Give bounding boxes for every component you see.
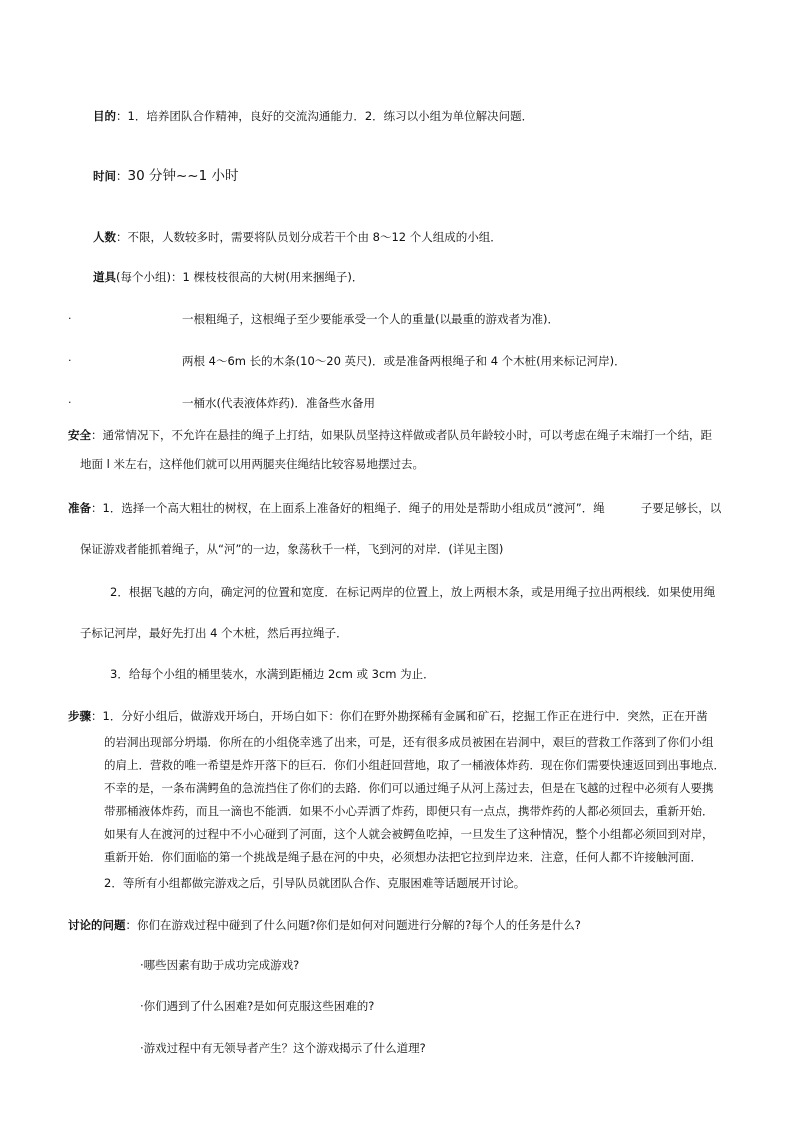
steps-step1-line: 的岩洞出现部分坍塌．你所在的小组侥幸逃了出来，可是，还有很多成员被困在岩洞中，艰…: [104, 734, 714, 750]
discussion-label: 讨论的问题: [68, 918, 126, 932]
people-text: 不限，人数较多时，需要将队员划分成若干个由 8～12 个人组成的小组．: [128, 230, 502, 244]
prep-label: 准备: [68, 501, 91, 515]
prep-step1-text-b: 子要足够长，以: [641, 501, 722, 515]
prep-step2-line1: 2．根据飞越的方向，确定河的位置和宽度．在标记两岸的位置上，放上两根木条，或是用…: [110, 584, 715, 600]
purpose-label: 目的: [93, 109, 116, 123]
people-line: 人数：不限，人数较多时，需要将队员划分成若干个由 8～12 个人组成的小组．: [93, 229, 502, 245]
purpose-line: 目的：1．培养团队合作精神，良好的交流沟通能力．2．练习以小组为单位解决问题．: [93, 108, 533, 124]
steps-label: 步骤: [68, 709, 91, 723]
discussion-line: 讨论的问题：你们在游戏过程中碰到了什么问题?你们是如何对问题进行分解的?每个人的…: [68, 917, 581, 933]
time-label: 时间: [93, 169, 116, 183]
safety-line-1: 安全：通常情况下，不允许在悬挂的绳子上打结，如果队员坚持这样做或者队员年龄较小时…: [68, 427, 712, 443]
bullet-dot: ·: [68, 395, 72, 411]
steps-step2: 2．等所有小组都做完游戏之后，引导队员就团队合作、克服困难等话题展开讨论。: [104, 875, 525, 891]
prep-step2-line2: 子标记河岸，最好先打出 4 个木桩，然后再拉绳子．: [80, 625, 348, 641]
steps-step1-text: 1．分好小组后，做游戏开场白，开场白如下：你们在野外勘探稀有金属和矿石，挖掘工作…: [103, 709, 708, 723]
prep-step1-text-a: 1．选择一个高大粗壮的树杈，在上面系上准备好的粗绳子．绳子的用处是帮助小组成员“…: [103, 501, 605, 515]
steps-step1-line: 重新开始．你们面临的第一个挑战是绳子悬在河的中央，必须想办法把它拉到岸边来．注意…: [104, 849, 702, 865]
purpose-text: 1．培养团队合作精神，良好的交流沟通能力．2．练习以小组为单位解决问题．: [128, 109, 534, 123]
purpose-sep: ：: [116, 109, 128, 123]
prep-sep: ：: [91, 501, 103, 515]
steps-step1-line: 不幸的是，一条布满鳄鱼的急流挡住了你们的去路．你们可以通过绳子从河上荡过去，但是…: [104, 780, 714, 796]
steps-step1-line: 带那桶液体炸药，而且一滴也不能洒．如果不小心弄洒了炸药，即便只有一点点，携带炸药…: [104, 803, 714, 819]
discussion-sep: ：: [126, 918, 138, 932]
discussion-bullet: ·游戏过程中有无领导者产生？这个游戏揭示了什么道理?: [140, 1040, 426, 1056]
steps-step1-line: 的肩上．营救的唯一希望是炸开落下的巨石．你们小组赶回营地，取了一桶液体炸药．现在…: [104, 757, 725, 773]
safety-line-2: 地面 l 米左右，这样他们就可以用两腿夹住绳结比较容易地摆过去。: [80, 456, 424, 472]
props-label: 道具: [93, 270, 116, 284]
props-suffix: (每个小组)：1 棵枝枝很高的大树(用来捆绳子)．: [116, 270, 363, 284]
prep-step1-line1: 准备：1．选择一个高大粗壮的树杈，在上面系上准备好的粗绳子．绳子的用处是帮助小组…: [68, 500, 721, 516]
people-sep: ：: [116, 230, 128, 244]
prep-step1-line2: 保证游戏者能抓着绳子，从“河”的一边，象荡秋千一样，飞到河的对岸．(详见主图): [80, 541, 503, 557]
props-line: 道具(每个小组)：1 棵枝枝很高的大树(用来捆绳子)．: [93, 269, 363, 285]
props-item: 两根 4～6m 长的木条(10～20 英尺)．或是准备两根绳子和 4 个木桩(用…: [182, 353, 626, 369]
safety-text-1: 通常情况下，不允许在悬挂的绳子上打结，如果队员坚持这样做或者队员年龄较小时，可以…: [103, 428, 713, 442]
bullet-dot: ·: [68, 353, 72, 369]
props-item: 一根粗绳子，这根绳子至少要能承受一个人的重量(以最重的游戏者为准)．: [182, 311, 559, 327]
time-line: 时间：30 分钟~~1 小时: [93, 168, 238, 184]
people-label: 人数: [93, 230, 116, 244]
safety-label: 安全: [68, 428, 91, 442]
steps-sep: ：: [91, 709, 103, 723]
time-text: 30 分钟~~1 小时: [128, 168, 239, 184]
props-item: 一桶水(代表液体炸药)．准备些水备用: [182, 395, 375, 411]
steps-step1-line: 如果有人在渡河的过程中不小心碰到了河面，这个人就会被鳄鱼吃掉，一旦发生了这种情况…: [104, 826, 714, 842]
discussion-bullet: ·你们遇到了什么困难?是如何克服这些困难的?: [140, 998, 374, 1014]
time-sep: ：: [116, 169, 128, 183]
prep-step3: 3．给每个小组的桶里装水，水满到距桶边 2cm 或 3cm 为止．: [110, 666, 435, 682]
bullet-dot: ·: [68, 311, 72, 327]
safety-sep: ：: [91, 428, 103, 442]
discussion-text: 你们在游戏过程中碰到了什么问题?你们是如何对问题进行分解的?每个人的任务是什么?: [137, 918, 581, 932]
discussion-bullet: ·哪些因素有助于成功完成游戏?: [140, 957, 299, 973]
steps-line-1: 步骤：1．分好小组后，做游戏开场白，开场白如下：你们在野外勘探稀有金属和矿石，挖…: [68, 708, 708, 724]
